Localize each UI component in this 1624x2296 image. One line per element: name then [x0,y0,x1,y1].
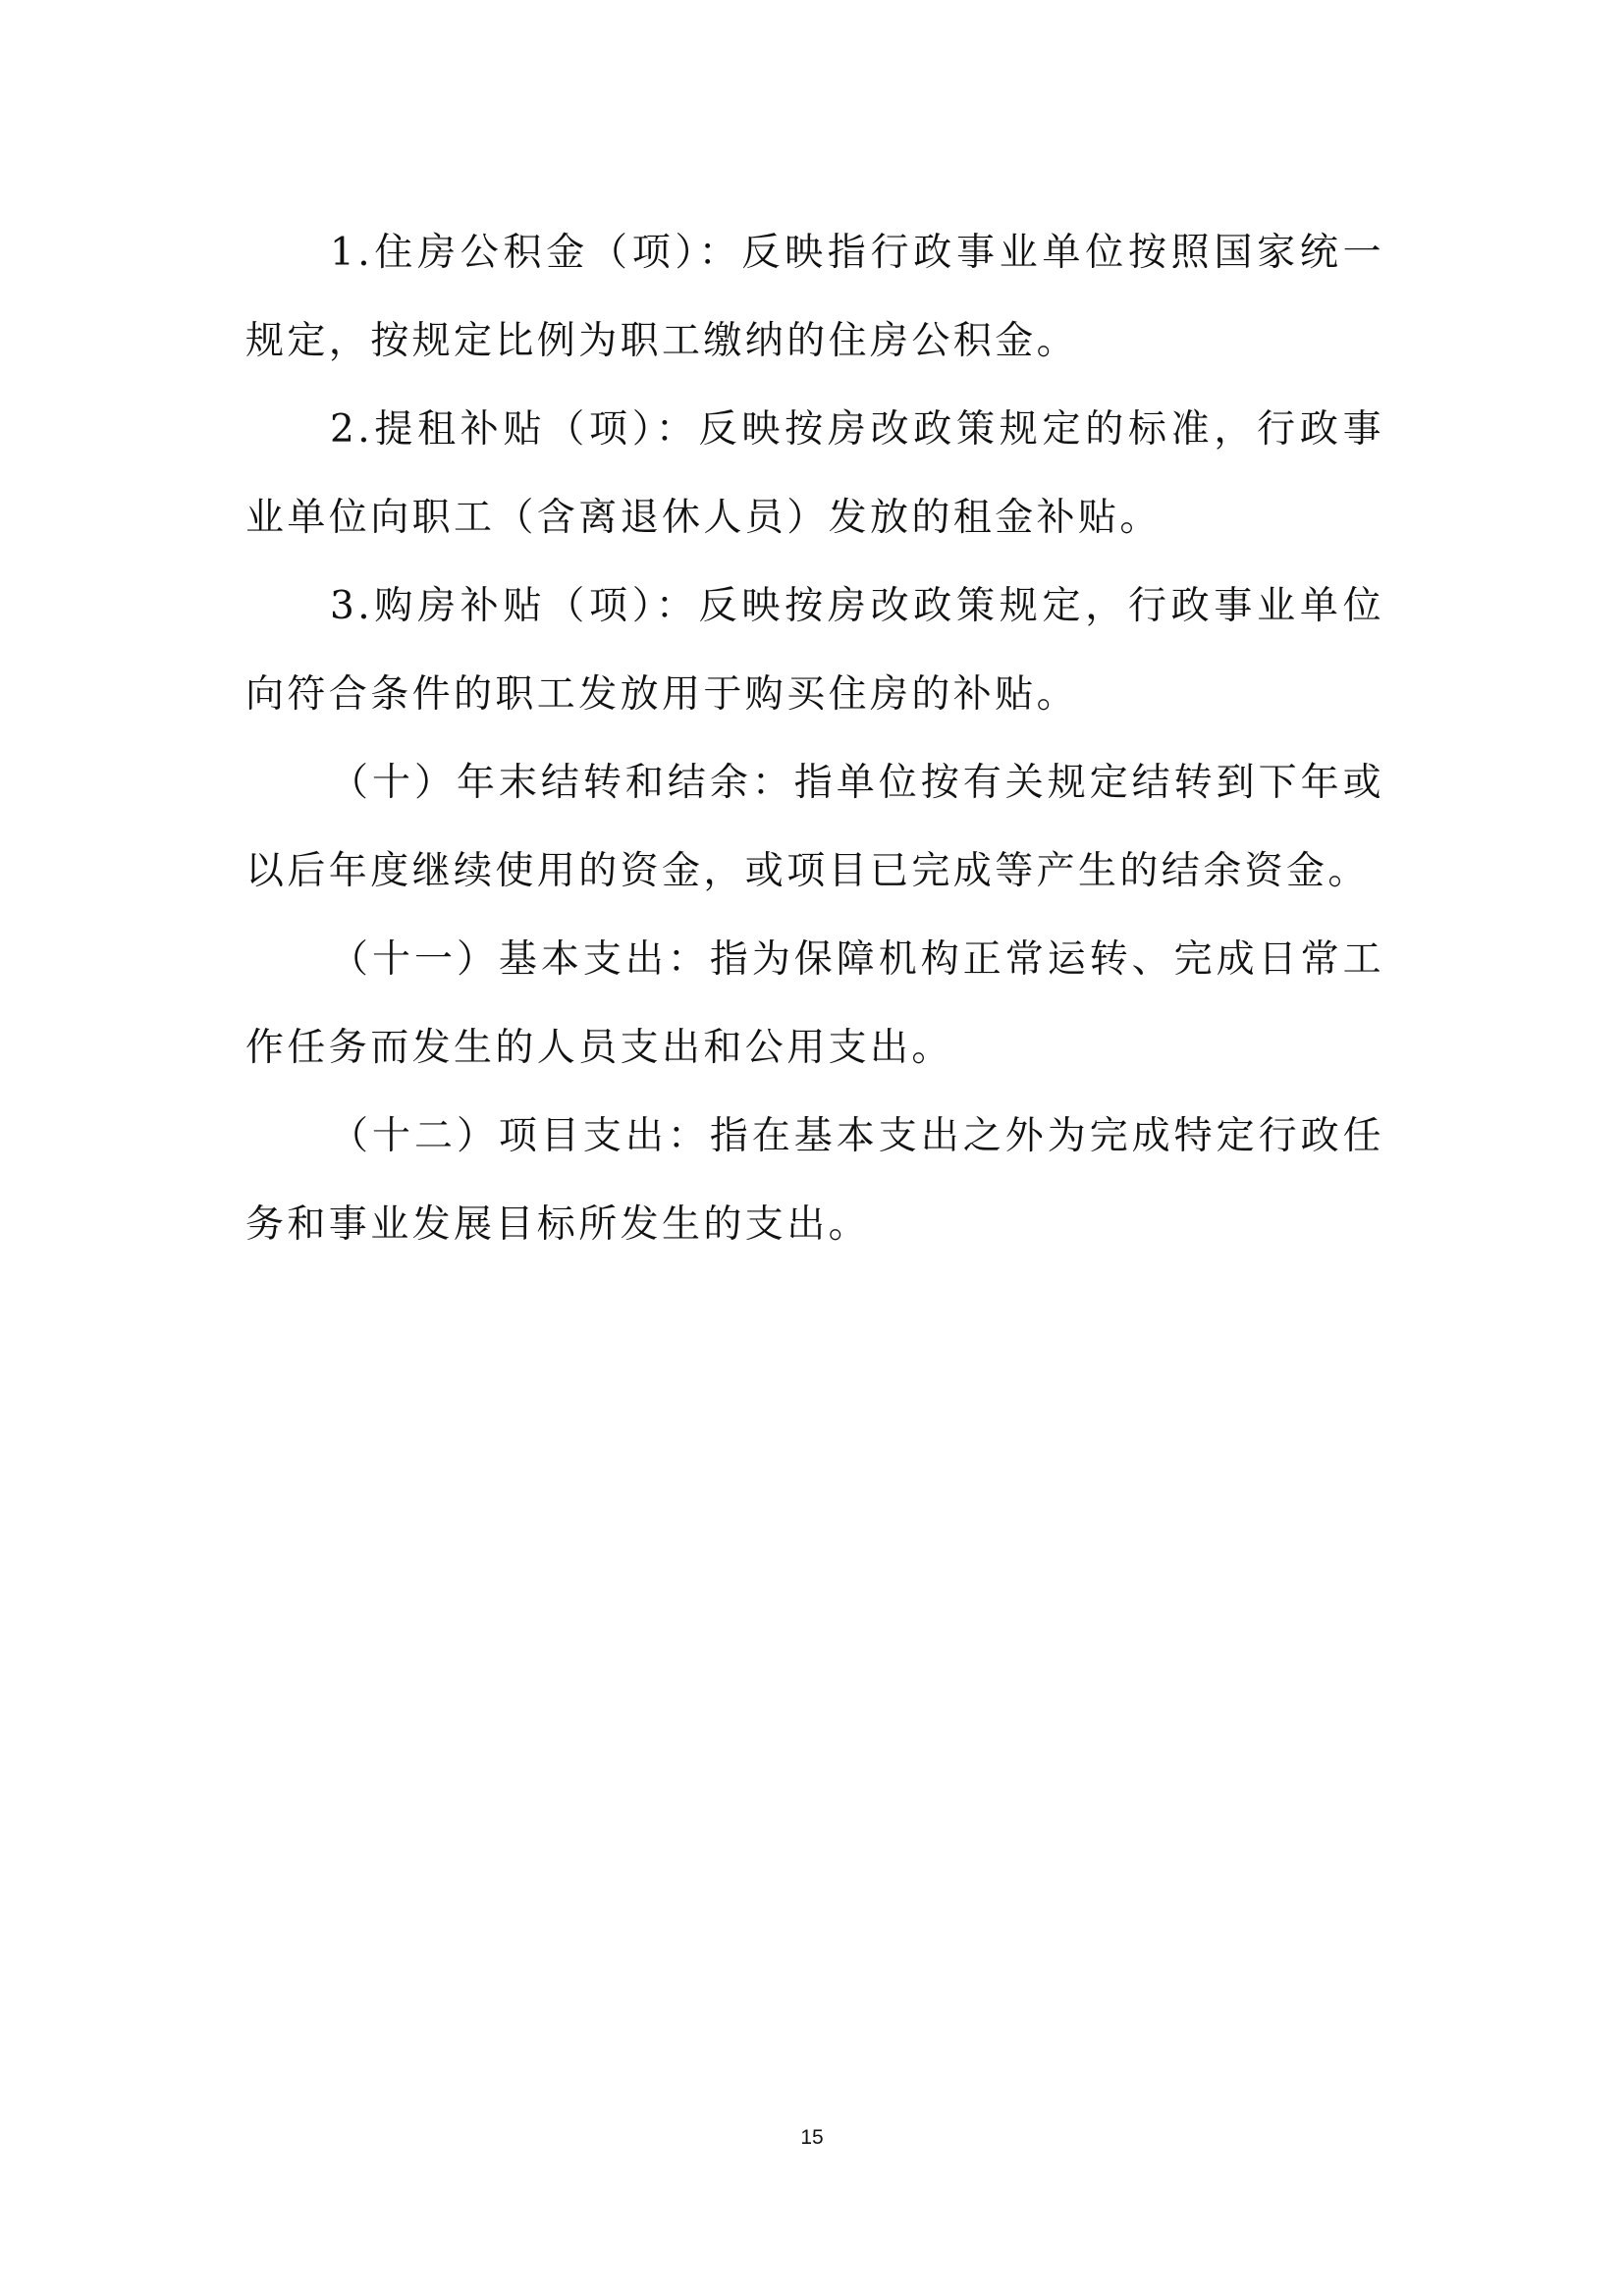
page-number: 15 [0,2126,1624,2150]
paragraph-house-purchase-subsidy: 3.购房补贴（项）：反映按房改政策规定，行政事业单位向符合条件的职工发放用于购买… [245,562,1384,739]
paragraph-year-end-carryover: （十）年末结转和结余：指单位按有关规定结转到下年或以后年度继续使用的资金，或项目… [245,739,1384,916]
paragraph-project-expenditure: （十二）项目支出：指在基本支出之外为完成特定行政任务和事业发展目标所发生的支出。 [245,1093,1384,1269]
paragraph-basic-expenditure: （十一）基本支出：指为保障机构正常运转、完成日常工作任务而发生的人员支出和公用支… [245,916,1384,1093]
document-body: 1.住房公积金（项）：反映指行政事业单位按照国家统一规定，按规定比例为职工缴纳的… [245,209,1384,1269]
paragraph-rent-subsidy: 2.提租补贴（项）：反映按房改政策规定的标准，行政事业单位向职工（含离退休人员）… [245,386,1384,562]
paragraph-housing-provident-fund: 1.住房公积金（项）：反映指行政事业单位按照国家统一规定，按规定比例为职工缴纳的… [245,209,1384,386]
